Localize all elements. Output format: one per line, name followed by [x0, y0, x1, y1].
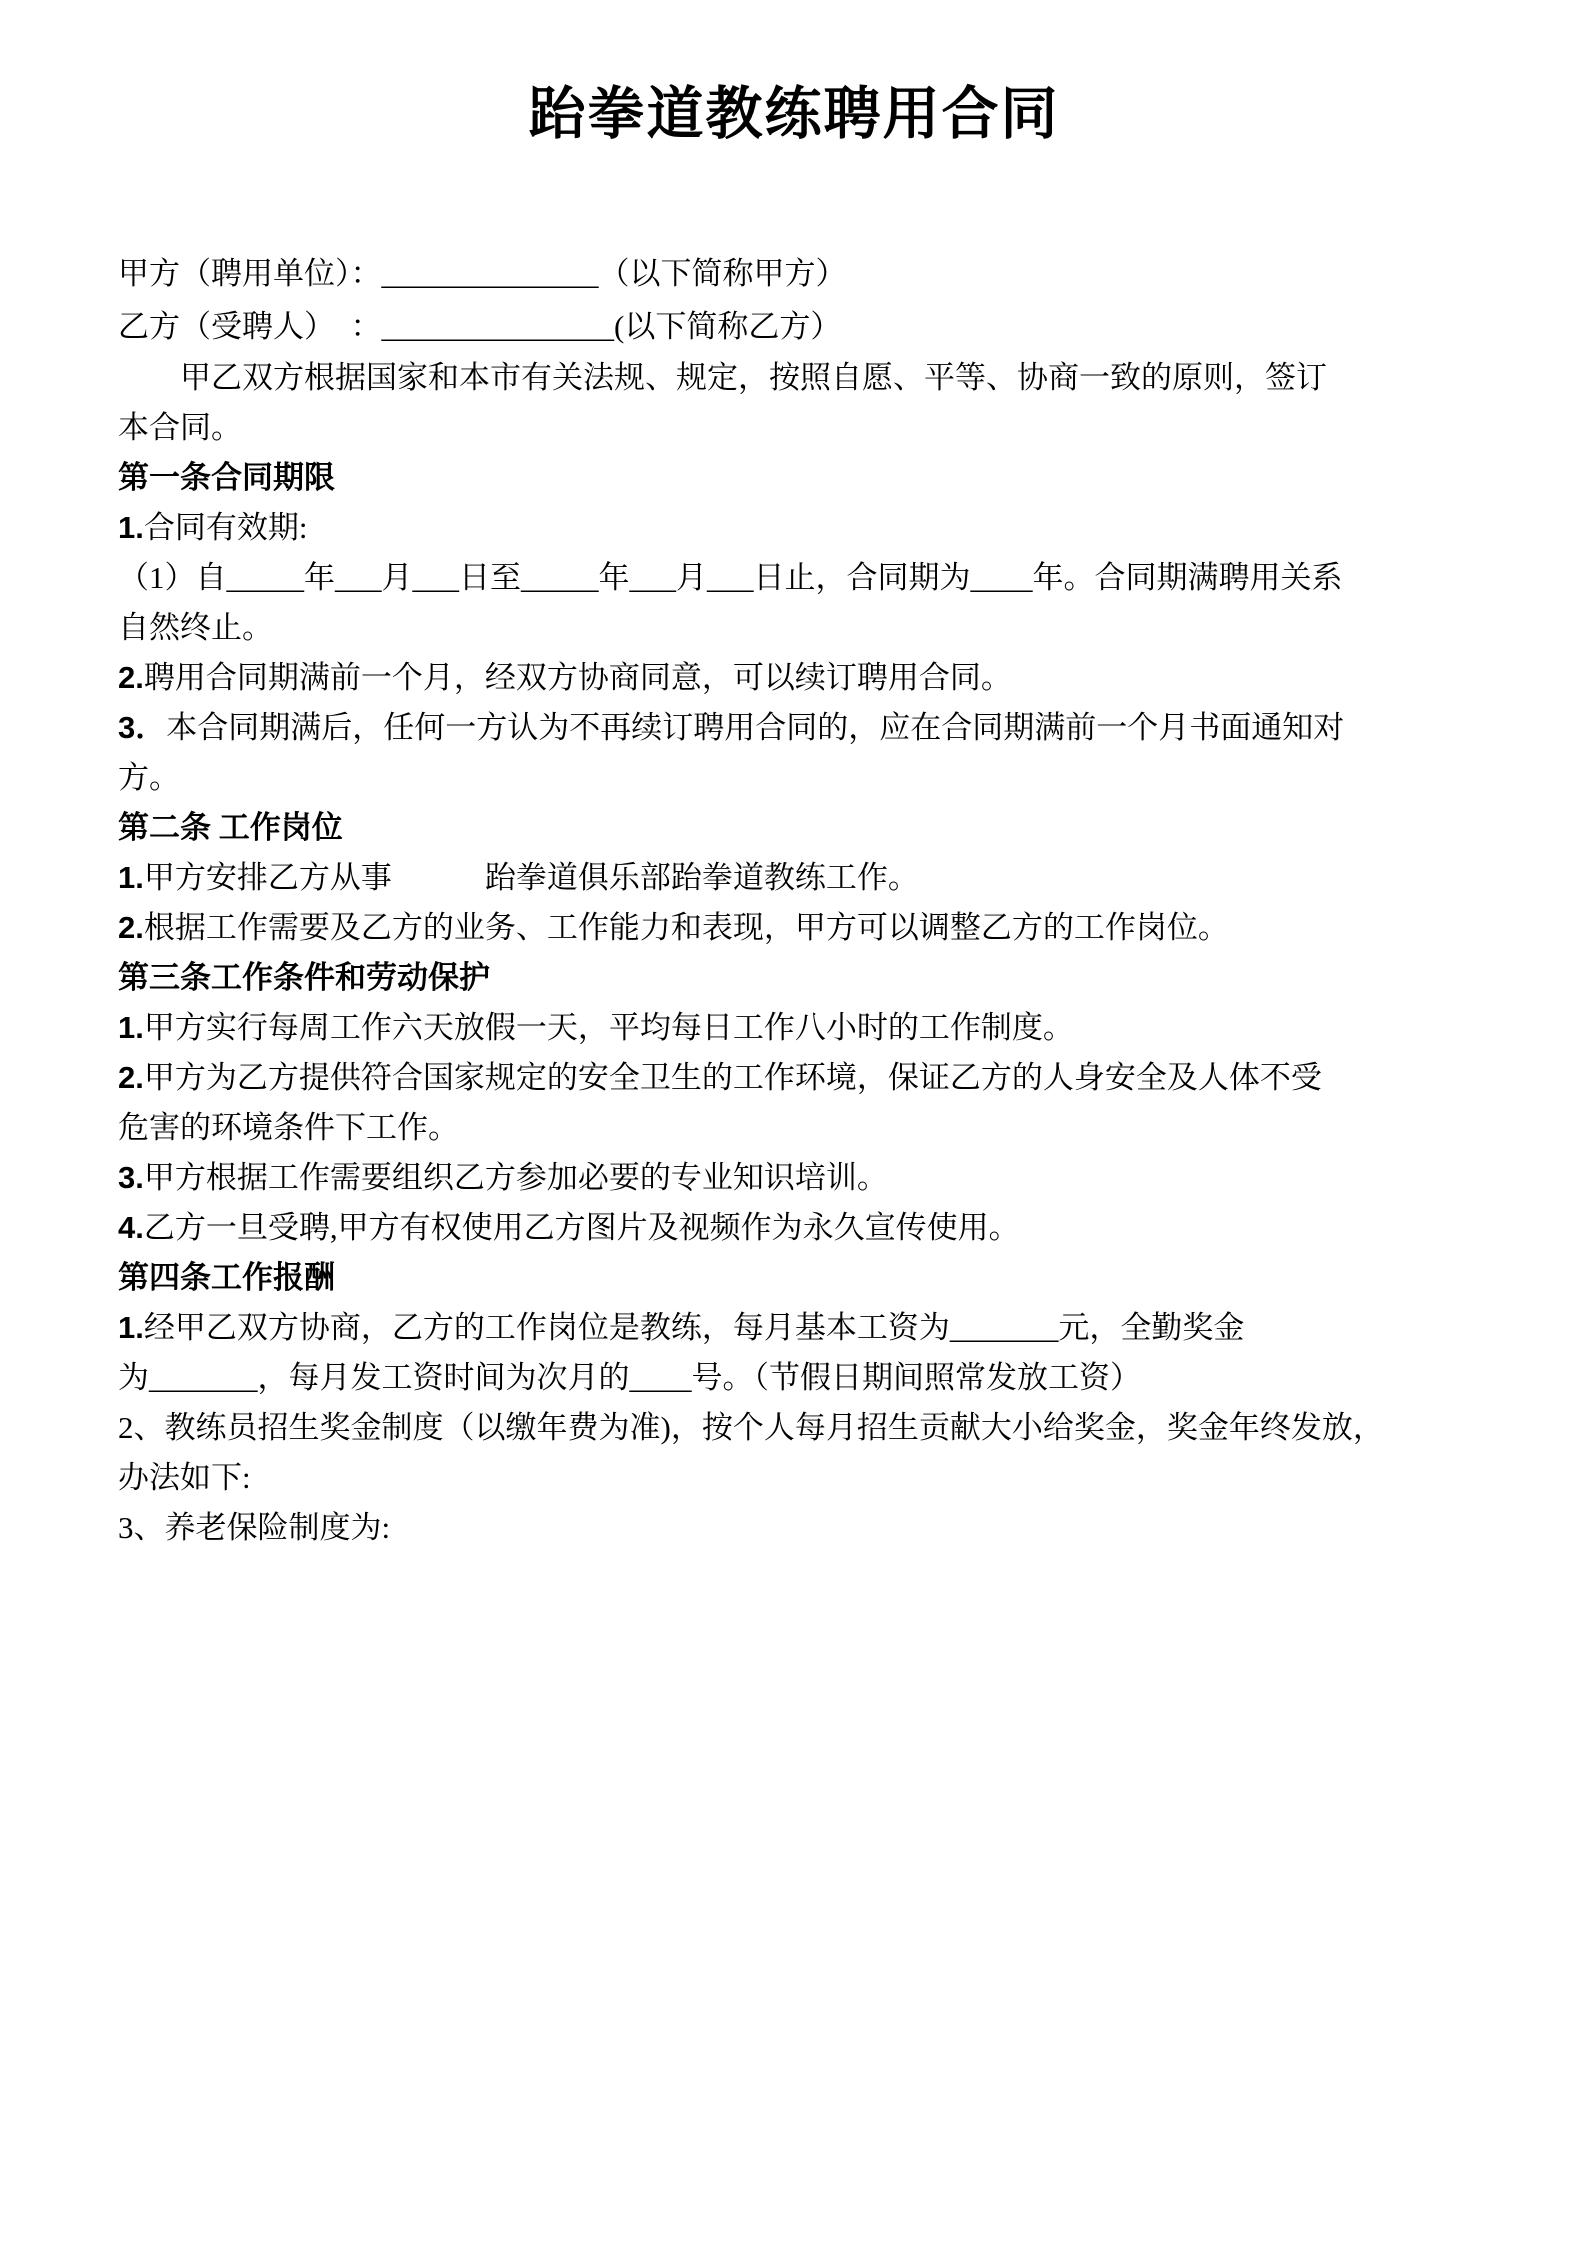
clause-3-1: 1.甲方实行每周工作六天放假一天，平均每日工作八小时的工作制度。	[118, 1003, 1470, 1053]
contract-page: 跆拳道教练聘用合同 甲方（聘用单位）：______________（以下简称甲方…	[0, 0, 1586, 2244]
clause-4-3: 3、养老保险制度为:	[118, 1503, 1470, 1553]
clause-1-1: 1.合同有效期:	[118, 503, 1470, 553]
article-4-heading-text: 第四条工作报酬	[118, 1260, 335, 1295]
clause-3-1-text: 甲方实行每周工作六天放假一天，平均每日工作八小时的工作制度。	[144, 1010, 1074, 1045]
clause-4-2: 2、教练员招生奖金制度（以缴年费为准)，按个人每月招生贡献大小给奖金，奖金年终发…	[118, 1403, 1470, 1503]
article-2-heading-text: 第二条 工作岗位	[118, 810, 343, 845]
party-a-text: 甲方（聘用单位）：______________（以下简称甲方）	[118, 256, 847, 291]
clause-3-3-text: 甲方根据工作需要组织乙方参加必要的专业知识培训。	[144, 1160, 888, 1195]
clause-3-3-number: 3.	[118, 1160, 144, 1195]
preamble: 甲乙双方根据国家和本市有关法规、规定，按照自愿、平等、协商一致的原则，签订 本合…	[118, 353, 1470, 453]
article-1-heading: 第一条合同期限	[118, 453, 1470, 503]
article-4-heading: 第四条工作报酬	[118, 1253, 1470, 1303]
document-title: 跆拳道教练聘用合同	[118, 75, 1470, 155]
clause-2-1: 1.甲方安排乙方从事 跆拳道俱乐部跆拳道教练工作。	[118, 853, 1470, 903]
clause-2-1-number: 1.	[118, 860, 144, 895]
party-a-line: 甲方（聘用单位）：______________（以下简称甲方）	[118, 247, 1470, 300]
clause-3-1-number: 1.	[118, 1010, 144, 1045]
clause-1-3-number: 3．	[118, 710, 166, 745]
article-3-heading-text: 第三条工作条件和劳动保护	[118, 960, 490, 995]
clause-1-1-item-1: （1）自_____年___月___日至_____年___月___日止，合同期为_…	[118, 553, 1470, 653]
contract-content: 跆拳道教练聘用合同 甲方（聘用单位）：______________（以下简称甲方…	[0, 0, 1586, 1553]
clause-3-2: 2.甲方为乙方提供符合国家规定的安全卫生的工作环境，保证乙方的人身安全及人体不受…	[118, 1053, 1470, 1153]
article-1-heading-text: 第一条合同期限	[118, 460, 335, 495]
clause-1-1-text: 合同有效期:	[144, 510, 308, 545]
clause-4-3-text: 3、养老保险制度为:	[118, 1510, 390, 1545]
clause-1-3-text: 本合同期满后，任何一方认为不再续订聘用合同的，应在合同期满前一个月书面通知对 方…	[118, 710, 1344, 795]
clause-1-3: 3．本合同期满后，任何一方认为不再续订聘用合同的，应在合同期满前一个月书面通知对…	[118, 703, 1470, 803]
article-3-heading: 第三条工作条件和劳动保护	[118, 953, 1470, 1003]
clause-1-1-number: 1.	[118, 510, 144, 545]
preamble-text: 甲乙双方根据国家和本市有关法规、规定，按照自愿、平等、协商一致的原则，签订 本合…	[118, 360, 1327, 445]
clause-1-2: 2.聘用合同期满前一个月，经双方协商同意，可以续订聘用合同。	[118, 653, 1470, 703]
clause-1-2-number: 2.	[118, 660, 144, 695]
clause-2-2: 2.根据工作需要及乙方的业务、工作能力和表现，甲方可以调整乙方的工作岗位。	[118, 903, 1470, 953]
clause-4-1-number: 1.	[118, 1310, 144, 1345]
clause-3-4: 4.乙方一旦受聘,甲方有权使用乙方图片及视频作为永久宣传使用。	[118, 1203, 1470, 1253]
clause-3-2-text: 甲方为乙方提供符合国家规定的安全卫生的工作环境，保证乙方的人身安全及人体不受 危…	[118, 1060, 1322, 1145]
clause-1-2-text: 聘用合同期满前一个月，经双方协商同意，可以续订聘用合同。	[144, 660, 1012, 695]
clause-2-2-text: 根据工作需要及乙方的业务、工作能力和表现，甲方可以调整乙方的工作岗位。	[144, 910, 1229, 945]
article-2-heading: 第二条 工作岗位	[118, 803, 1470, 853]
clause-4-2-text: 2、教练员招生奖金制度（以缴年费为准)，按个人每月招生贡献大小给奖金，奖金年终发…	[118, 1410, 1384, 1495]
clause-3-4-number: 4.	[118, 1210, 144, 1245]
clause-3-4-text: 乙方一旦受聘,甲方有权使用乙方图片及视频作为永久宣传使用。	[144, 1210, 1020, 1245]
party-b-text: 乙方（受聘人） ：_______________(以下简称乙方）	[118, 309, 841, 344]
clause-3-2-number: 2.	[118, 1060, 144, 1095]
clause-4-1: 1.经甲乙双方协商，乙方的工作岗位是教练，每月基本工资为_______元，全勤奖…	[118, 1303, 1470, 1403]
clause-4-1-text: 经甲乙双方协商，乙方的工作岗位是教练，每月基本工资为_______元，全勤奖金 …	[118, 1310, 1244, 1395]
clause-1-1-item-1-text: （1）自_____年___月___日至_____年___月___日止，合同期为_…	[118, 560, 1343, 645]
clause-2-1-text: 甲方安排乙方从事 跆拳道俱乐部跆拳道教练工作。	[144, 860, 919, 895]
clause-3-3: 3.甲方根据工作需要组织乙方参加必要的专业知识培训。	[118, 1153, 1470, 1203]
clause-2-2-number: 2.	[118, 910, 144, 945]
party-b-line: 乙方（受聘人） ：_______________(以下简称乙方）	[118, 300, 1470, 353]
